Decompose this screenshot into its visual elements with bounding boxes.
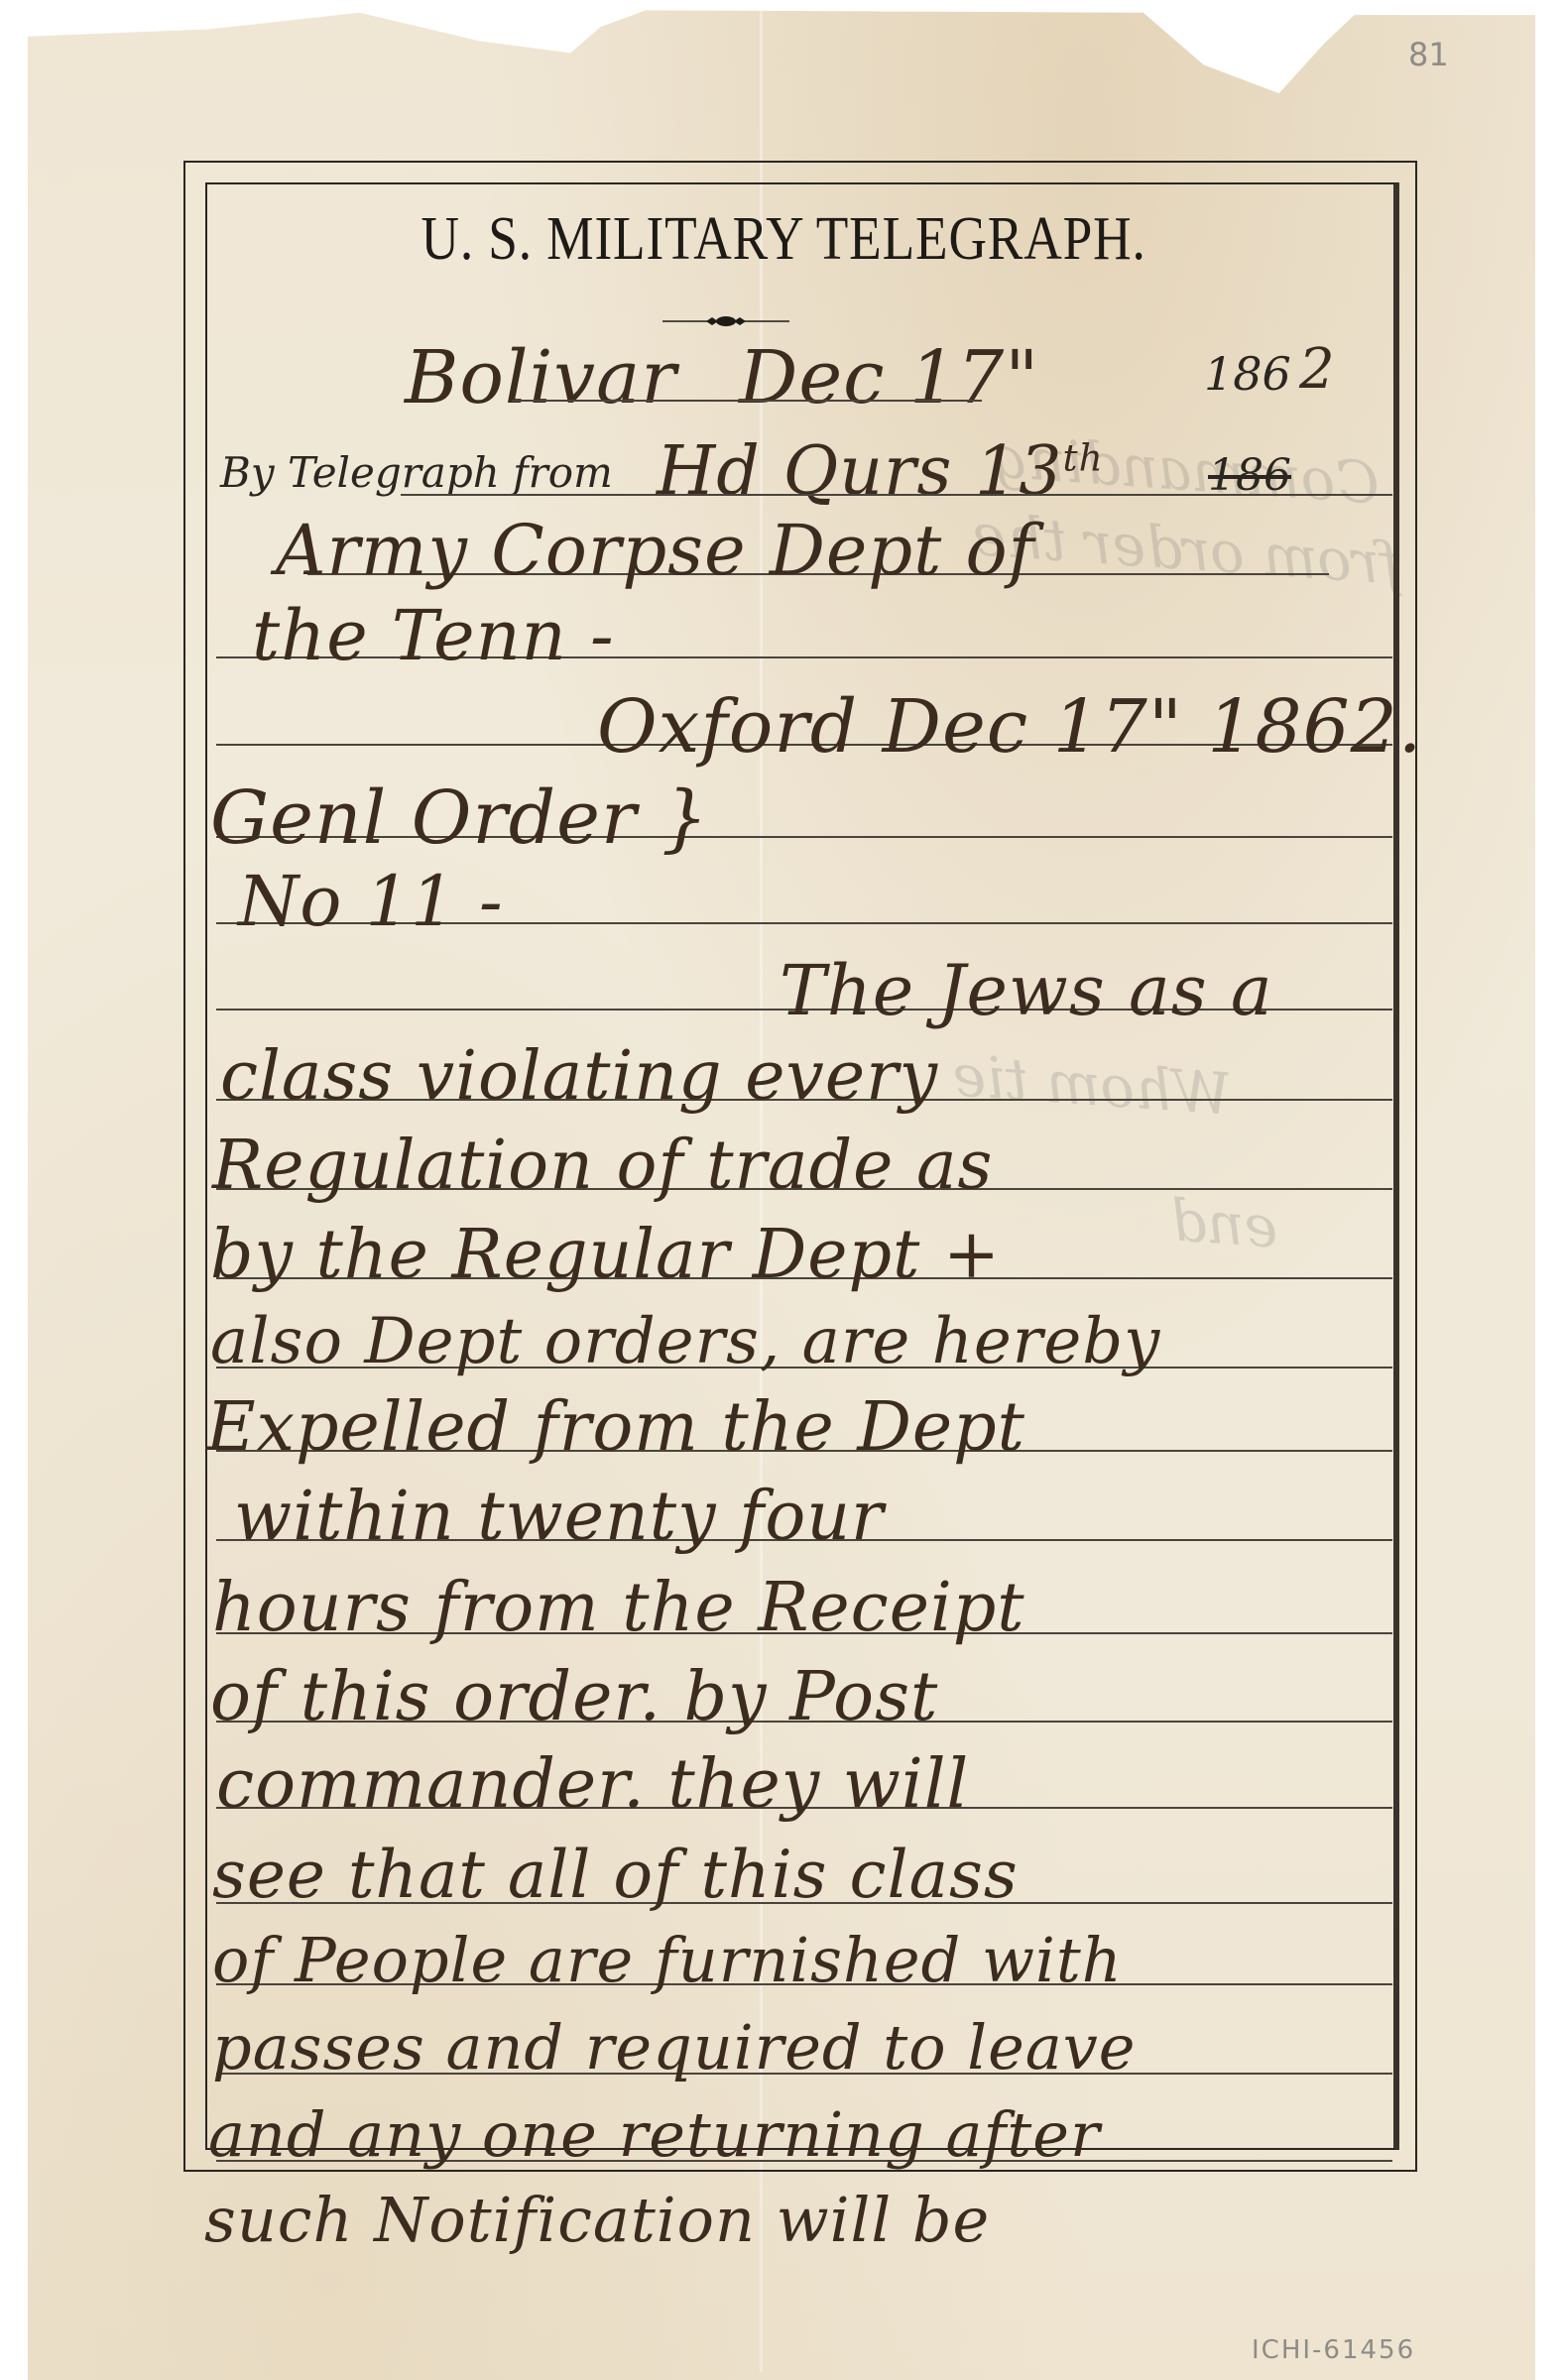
message-line: of People are furnished with [212, 1924, 1123, 1996]
form-header-title: U. S. MILITARY TELEGRAPH. [111, 204, 1456, 275]
message-line: class violating every [220, 1037, 938, 1116]
telegram-place: Bolivar [405, 335, 677, 420]
message-line: Expelled from the Dept [206, 1388, 1025, 1467]
message-line: within twenty four [234, 1478, 885, 1556]
from-value-text: Hd Qurs 13 [657, 432, 1063, 511]
message-line: Regulation of trade as [212, 1127, 993, 1205]
archive-catalog-stamp: ICHI-61456 [1252, 2335, 1415, 2365]
message-line: Oxford Dec 17" 1862. [597, 684, 1422, 770]
place-date-rule [512, 400, 982, 402]
from-value: Hd Qurs 13th [657, 432, 1104, 511]
message-line: commander. they will [216, 1745, 969, 1824]
archive-page-number: 81 [1408, 36, 1449, 73]
from-rule [401, 494, 1392, 496]
message-line: hours from the Receipt [212, 1569, 1025, 1647]
from-value-ordinal: th [1063, 435, 1104, 479]
year-suffix: 2 [1299, 337, 1336, 402]
message-line: No 11 - [238, 861, 504, 942]
message-line: see that all of this class [212, 1837, 1019, 1913]
printed-year-prefix: 186 [1204, 347, 1291, 401]
telegram-date: Dec 17" [739, 335, 1039, 420]
message-line: also Dept orders, are hereby [210, 1305, 1160, 1378]
header-ornament-divider [662, 315, 789, 327]
message-line: Genl Order } [210, 775, 709, 861]
message-line: and any one returning after [208, 2098, 1101, 2171]
message-line: The Jews as a [780, 950, 1273, 1031]
message-line: such Notification will be [204, 2184, 990, 2256]
message-line: Army Corpse Dept of [276, 510, 1035, 591]
message-line: of this order. by Post [210, 1658, 938, 1736]
from-label: By Telegraph from [220, 448, 613, 497]
message-line: the Tenn - [252, 595, 615, 676]
message-line: passes and required to leave [212, 2011, 1136, 2083]
message-line: by the Regular Dept + [210, 1216, 1001, 1294]
